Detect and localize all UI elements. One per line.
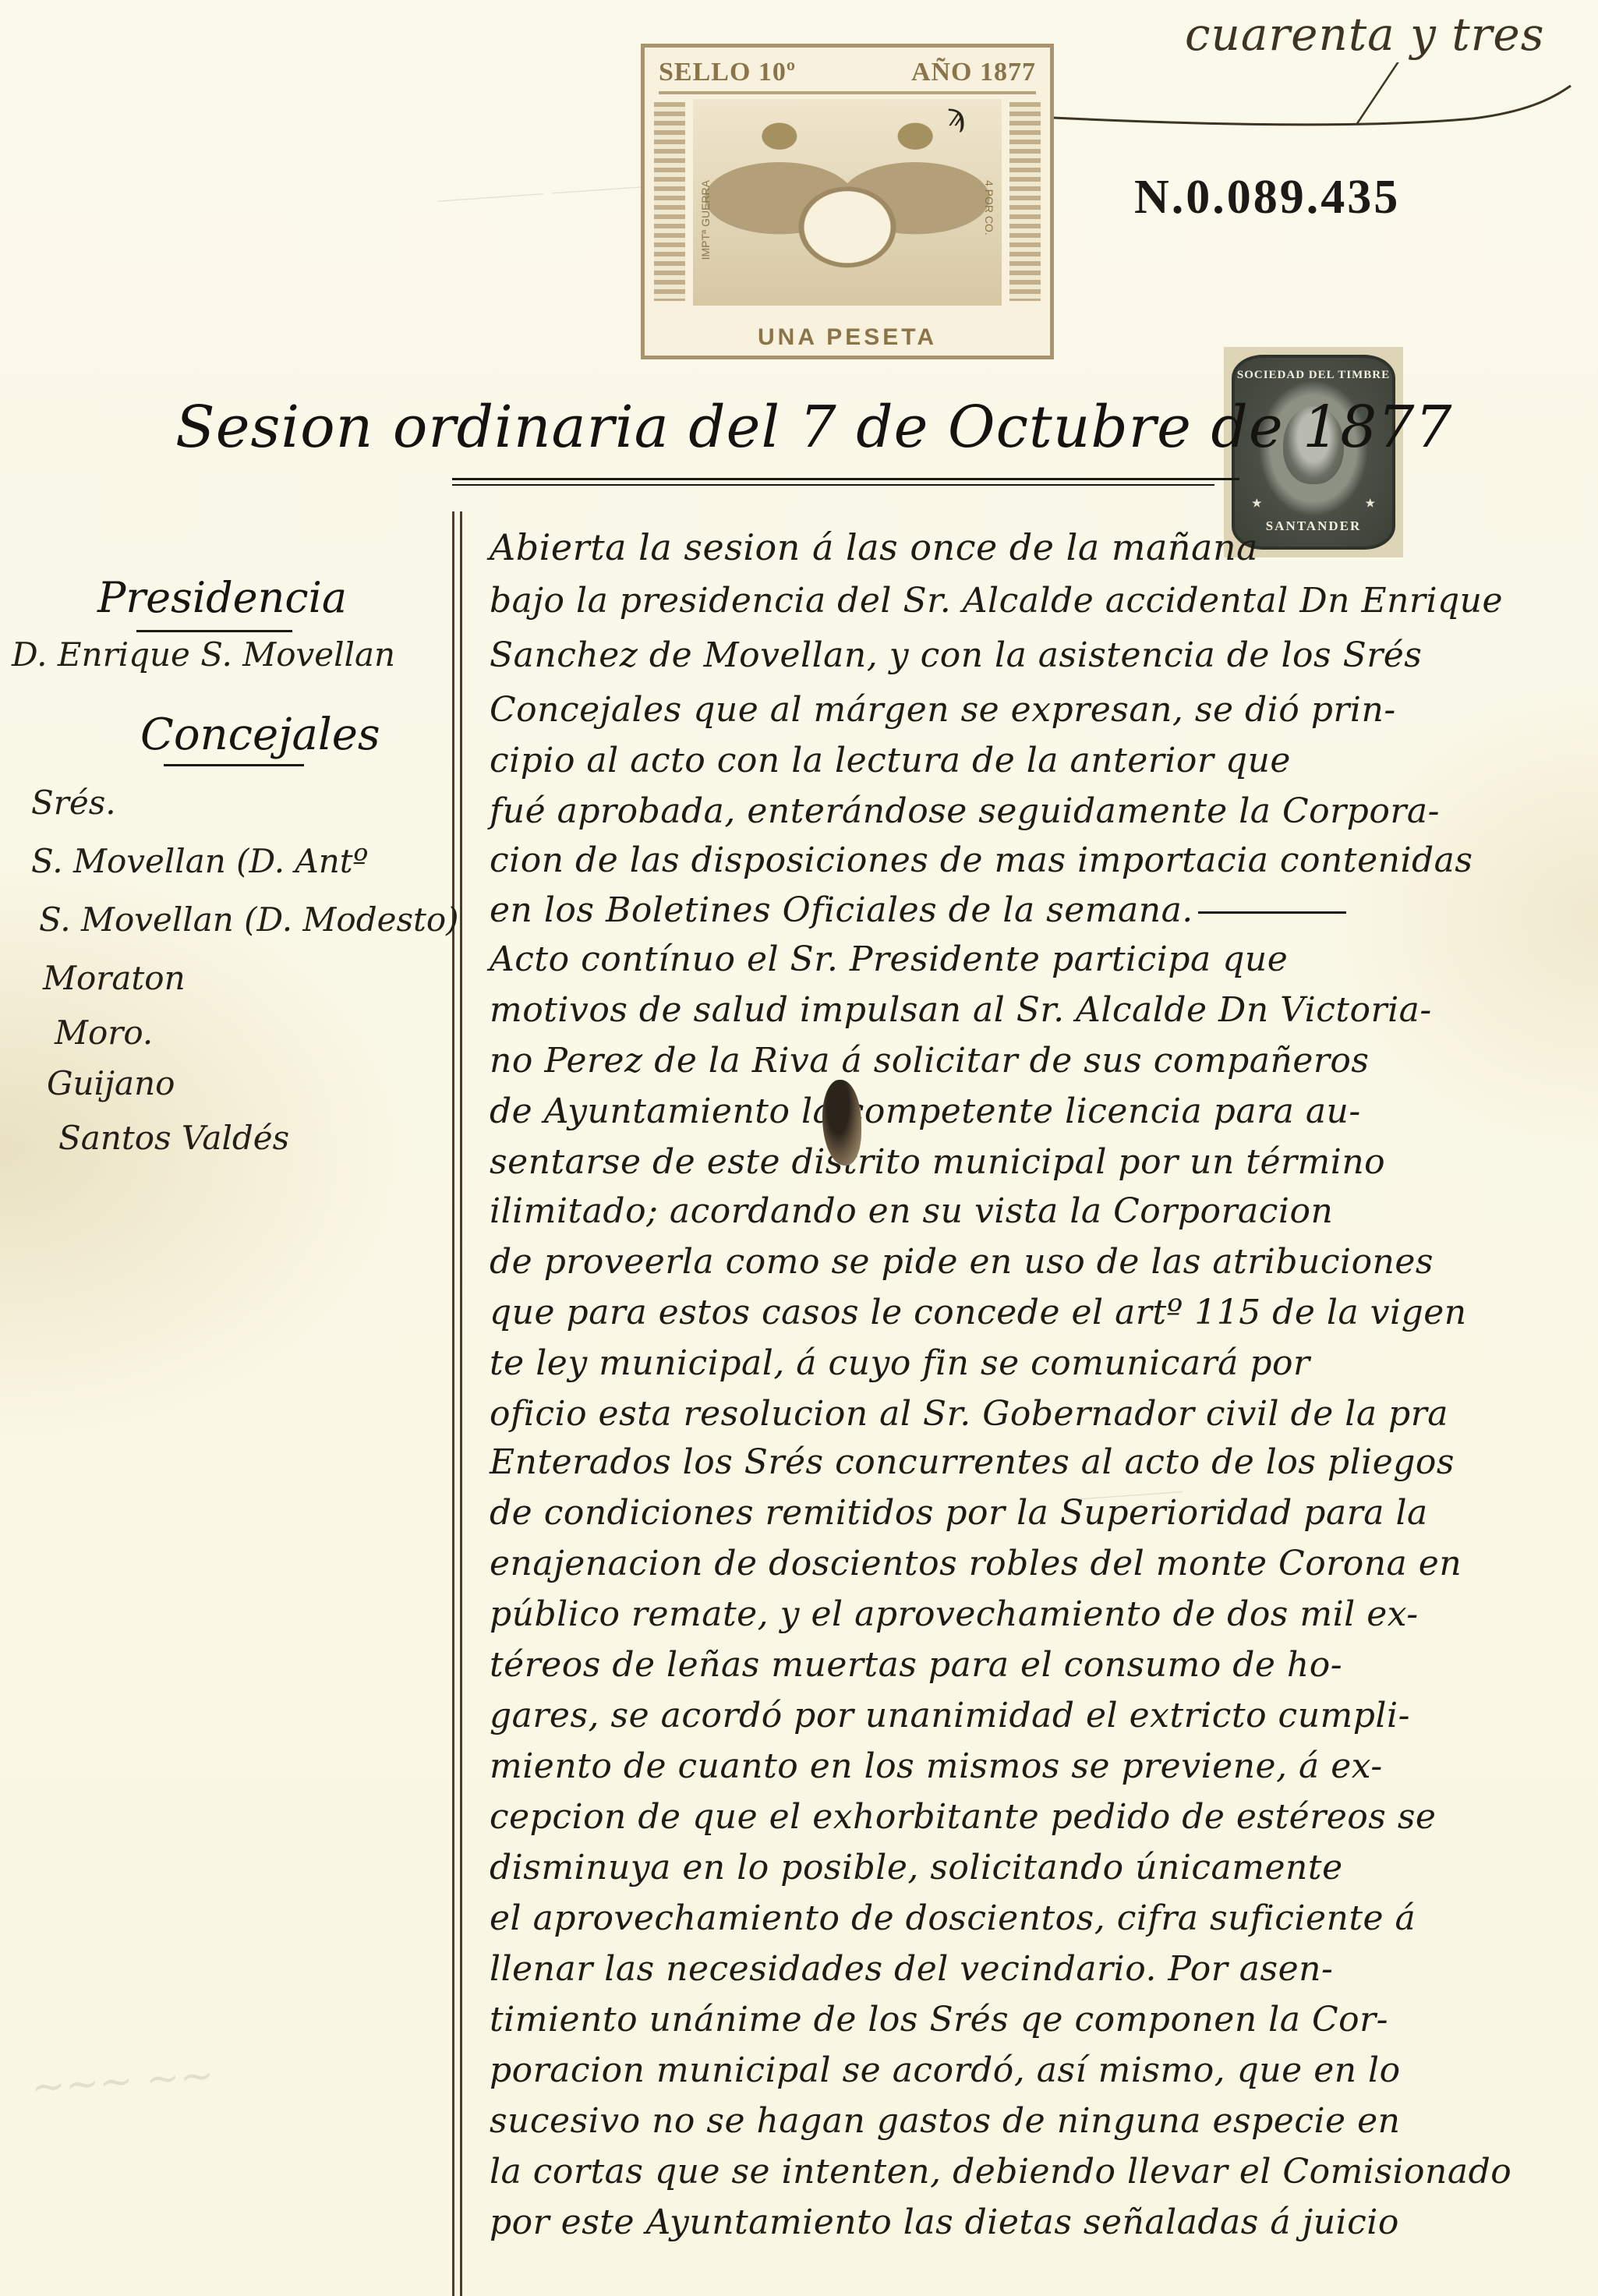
body-line: la cortas que se intenten, debiendo llev… <box>490 2152 1511 2192</box>
body-line: oficio esta resolucion al Sr. Gobernador… <box>490 1394 1448 1434</box>
body-line: cepcion de que el exhorbitante pedido de… <box>490 1797 1436 1837</box>
councillor-name: S. Movellan (D. Modesto) <box>39 900 459 939</box>
president-name: D. Enrique S. Movellan <box>12 635 395 674</box>
presidency-label: Presidencia <box>97 573 347 622</box>
body-line: público remate, y el aprovechamiento de … <box>490 1594 1419 1634</box>
body-line: disminuya en lo posible, solicitando úni… <box>490 1848 1343 1887</box>
body-line: Concejales que al márgen se expresan, se… <box>490 690 1396 730</box>
body-line: llenar las necesidades del vecindario. P… <box>490 1949 1333 1989</box>
body-line: Abierta la sesion á las once de la mañan… <box>490 526 1258 568</box>
timbre-stamp-city-label: SANTANDER <box>1235 518 1392 534</box>
margin-rule <box>460 511 462 2296</box>
body-line: bajo la presidencia del Sr. Alcalde acci… <box>490 581 1503 621</box>
title-underline <box>452 478 1239 480</box>
councillor-name: Guijano <box>47 1064 175 1102</box>
body-line: fué aprobada, enterándose seguidamente l… <box>490 791 1440 831</box>
body-line: téreos de leñas muertas para el consumo … <box>490 1645 1342 1685</box>
body-line: de condiciones remitidos por la Superior… <box>490 1493 1428 1533</box>
councillor-name: S. Movellan (D. Antº <box>31 842 368 880</box>
councillor-name: Moraton <box>43 959 186 997</box>
body-line: de proveerla como se pide en uso de las … <box>490 1242 1434 1282</box>
folio-flourish <box>1037 62 1575 148</box>
body-line: en los Boletines Oficiales de la semana. <box>490 890 1346 930</box>
councillors-underline <box>164 764 304 766</box>
body-line: miento de cuanto en los mismos se previe… <box>490 1746 1383 1786</box>
councillor-name: Santos Valdés <box>58 1119 289 1157</box>
body-line: te ley municipal, á cuyo fin se comunica… <box>490 1343 1310 1383</box>
line-filler-dash <box>1198 911 1346 914</box>
body-line-text: en los Boletines Oficiales de la semana. <box>490 890 1193 930</box>
title-underline <box>452 484 1214 486</box>
bleed-through-text: ~~~ ~~ <box>30 2052 215 2111</box>
body-line: Enterados los Srés concurrentes al acto … <box>490 1442 1455 1482</box>
tax-stamp-printer-label: IMPTª GUERRA <box>699 180 712 260</box>
body-line: cion de las disposiciones de mas importa… <box>490 840 1473 880</box>
tax-stamp-banner: SELLO 10º AÑO 1877 <box>659 54 1036 94</box>
tax-stamp-year-label: AÑO 1877 <box>911 58 1036 87</box>
body-line: gares, se acordó por unanimidad el extri… <box>490 1696 1410 1735</box>
ink-blot: ϡ <box>947 97 965 133</box>
session-title: Sesion ordinaria del 7 de Octubre de 187… <box>175 394 1453 461</box>
timbre-stamp-society-label: SOCIEDAD DEL TIMBRE <box>1235 369 1392 382</box>
councillors-label: Concejales <box>140 709 380 760</box>
body-line: sucesivo no se hagan gastos de ninguna e… <box>490 2101 1400 2141</box>
body-line: timiento unánime de los Srés qe componen… <box>490 2000 1388 2040</box>
tax-stamp-sello-label: SELLO 10º <box>659 58 796 87</box>
councillor-name: Moro. <box>55 1014 153 1052</box>
body-line: enajenacion de doscientos robles del mon… <box>490 1544 1462 1583</box>
tax-stamp-rate-label: 4 POR CO. <box>983 180 995 235</box>
tax-stamp-value: UNA PESETA <box>645 324 1050 351</box>
body-line: Sanchez de Movellan, y con la asistencia… <box>490 635 1422 675</box>
honorific-label: Srés. <box>31 784 116 822</box>
bleed-through-text: ________ ________ <box>436 156 658 203</box>
body-line: cipio al acto con la lectura de la anter… <box>490 741 1291 780</box>
tax-stamp-right-ornament <box>1009 102 1041 301</box>
document-page: ________ ________ ________ ~~~ ~~ cuaren… <box>0 0 1598 2296</box>
body-line: de Ayuntamiento la competente licencia p… <box>490 1091 1361 1131</box>
margin-rule <box>452 511 454 2296</box>
body-line: ilimitado; acordando en su vista la Corp… <box>490 1191 1333 1231</box>
presidency-underline <box>136 630 292 632</box>
body-line: sentarse de este distrito municipal por … <box>490 1142 1385 1182</box>
body-line: Acto contínuo el Sr. Presidente particip… <box>490 939 1288 979</box>
body-line: que para estos casos le concede el artº … <box>490 1293 1467 1332</box>
body-line: el aprovechamiento de doscientos, cifra … <box>490 1898 1416 1938</box>
body-line: motivos de salud impulsan al Sr. Alcalde… <box>490 990 1432 1030</box>
folio-number-words: cuarenta y tres <box>1185 8 1544 61</box>
star-icon: ★ <box>1365 497 1375 511</box>
body-line: por este Ayuntamiento las dietas señalad… <box>490 2202 1399 2242</box>
tax-stamp-sello-10: SELLO 10º AÑO 1877 IMPTª GUERRA 4 POR CO… <box>641 44 1054 359</box>
body-line: poracion municipal se acordó, así mismo,… <box>490 2050 1401 2090</box>
star-icon: ★ <box>1252 497 1262 511</box>
serial-number: N.0.089.435 <box>1134 170 1400 225</box>
tax-stamp-left-ornament <box>654 102 685 301</box>
body-line: no Perez de la Riva á solicitar de sus c… <box>490 1041 1369 1081</box>
